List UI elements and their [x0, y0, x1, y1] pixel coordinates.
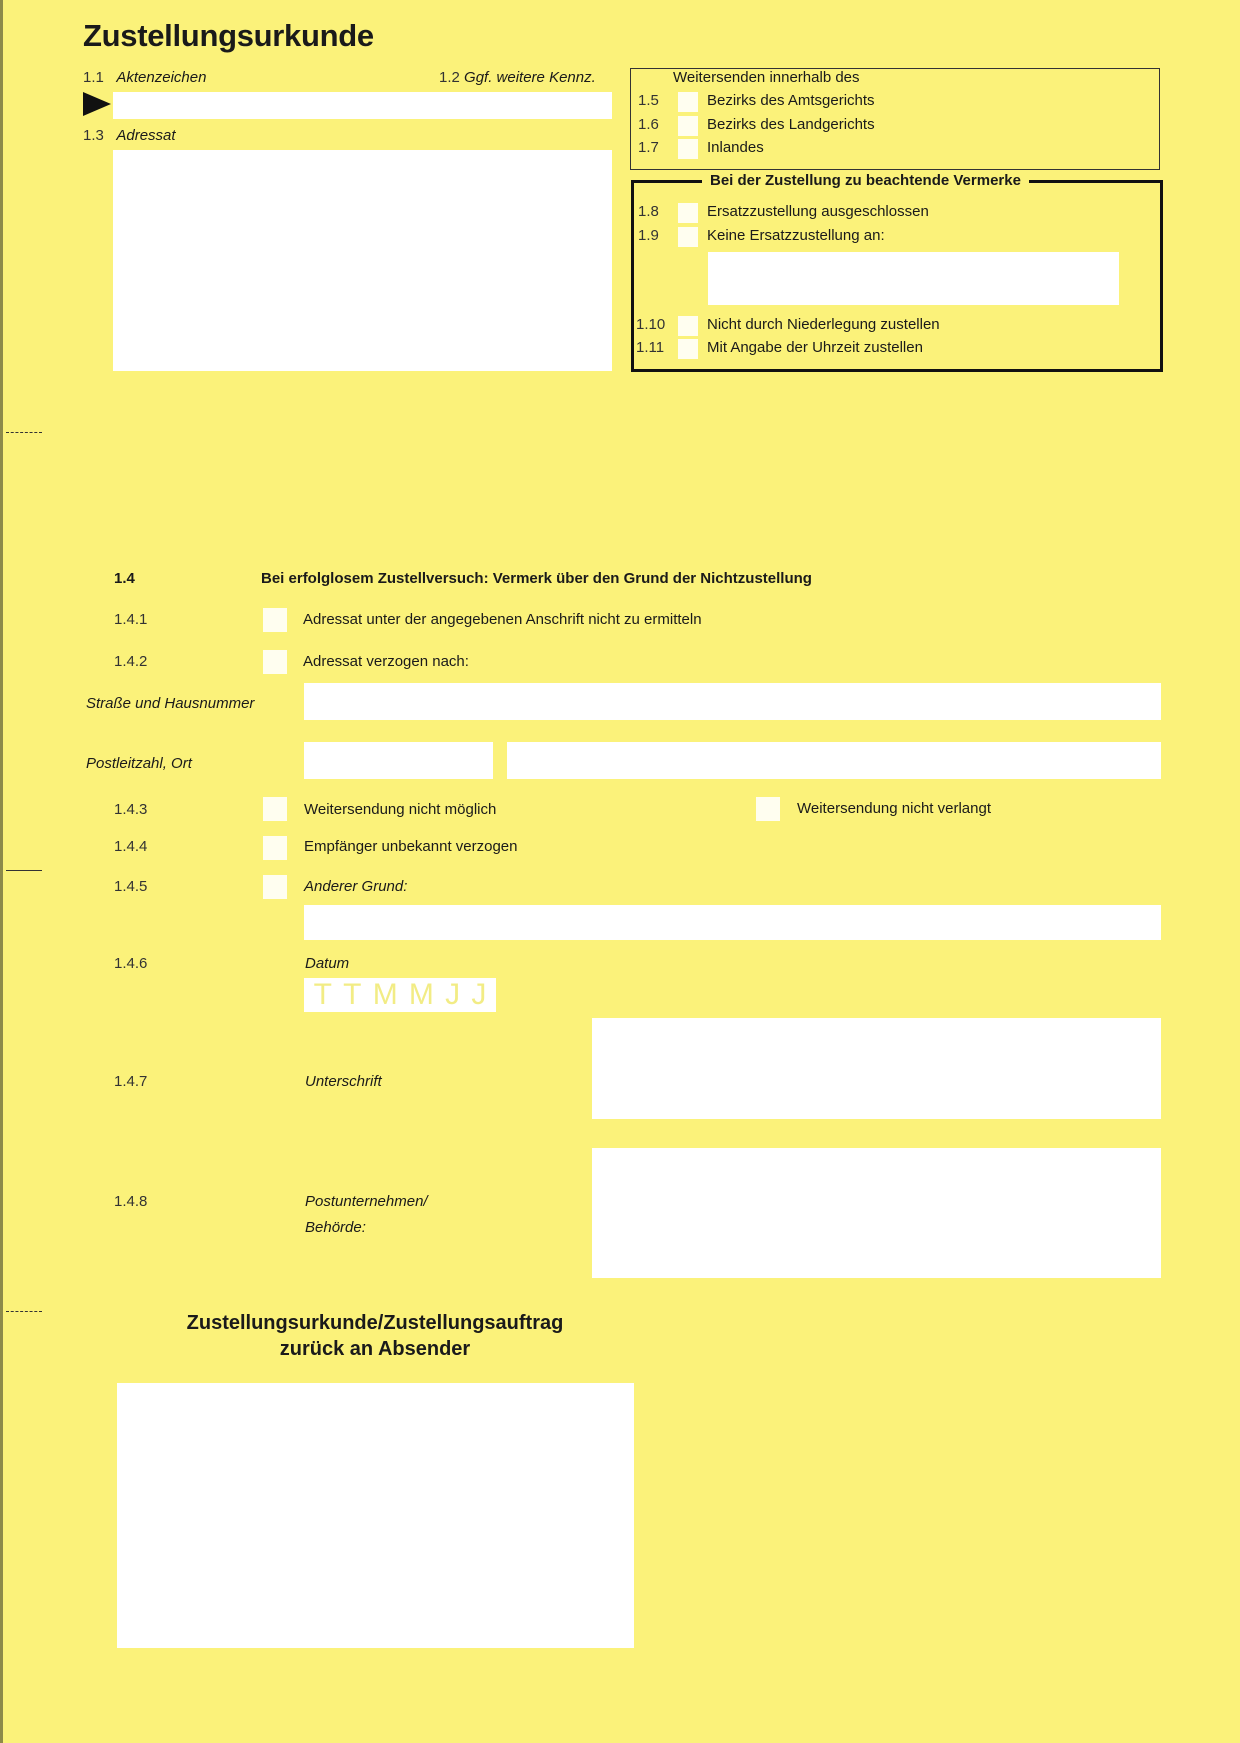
page-edge: [0, 0, 3, 1743]
field-number: 1.1: [83, 69, 104, 86]
checkbox-1-4-4[interactable]: [263, 836, 287, 860]
street-input[interactable]: [304, 683, 1161, 720]
checkbox-1-9[interactable]: [678, 227, 698, 247]
anderer-grund-input[interactable]: [304, 905, 1161, 940]
label-nicht-verlangt: Weitersendung nicht verlangt: [797, 800, 991, 817]
checkbox-1-5[interactable]: [678, 92, 698, 112]
field-number: 1.2: [439, 69, 460, 86]
label-1-8: Ersatzzustellung ausgeschlossen: [707, 203, 929, 220]
checkbox-1-6[interactable]: [678, 116, 698, 136]
aktenzeichen-input[interactable]: [113, 92, 612, 119]
right-triangle-arrow-icon: [83, 92, 111, 116]
item-number: 1.4.3: [114, 801, 147, 818]
forwarding-heading: Weitersenden innerhalb des: [673, 69, 860, 86]
item-number: 1.4.2: [114, 653, 147, 670]
label-1-5: Bezirks des Amtsgerichts: [707, 92, 875, 109]
datum-label: Datum: [305, 955, 349, 972]
date-input[interactable]: T T M M J J: [304, 978, 496, 1012]
checkbox-1-4-2[interactable]: [263, 650, 287, 674]
checkbox-1-8[interactable]: [678, 203, 698, 223]
checkbox-1-11[interactable]: [678, 339, 698, 359]
fold-mark-top: [6, 432, 42, 433]
item-number: 1.5: [638, 92, 659, 109]
label-1-9: Keine Ersatzzustellung an:: [707, 227, 885, 244]
date-placeholder-char: T: [314, 978, 332, 1012]
date-placeholder-char: M: [373, 978, 398, 1012]
field-1-1-label: 1.1 Aktenzeichen: [83, 69, 206, 86]
field-number: 1.3: [83, 127, 104, 144]
item-number: 1.4.1: [114, 611, 147, 628]
item-number: 1.7: [638, 139, 659, 156]
sender-address-input[interactable]: [117, 1383, 634, 1648]
postunternehmen-label: Postunternehmen/: [305, 1193, 428, 1210]
document-title: Zustellungsurkunde: [83, 18, 374, 54]
checkbox-nicht-verlangt[interactable]: [756, 797, 780, 821]
item-number: 1.4.7: [114, 1073, 147, 1090]
return-heading-line1: Zustellungsurkunde/Zustellungsauftrag: [130, 1310, 620, 1336]
notes-box-heading: Bei der Zustellung zu beachtende Vermerk…: [702, 172, 1029, 189]
item-number: 1.6: [638, 116, 659, 133]
checkbox-1-4-1[interactable]: [263, 608, 287, 632]
label-1-6: Bezirks des Landgerichts: [707, 116, 875, 133]
checkbox-1-4-3[interactable]: [263, 797, 287, 821]
field-1-2-label: 1.2 Ggf. weitere Kennz.: [439, 69, 596, 86]
field-1-3-label: 1.3 Adressat: [83, 127, 176, 144]
label-1-7: Inlandes: [707, 139, 764, 156]
label-1-4-1: Adressat unter der angegebenen Anschrift…: [303, 611, 702, 628]
label-1-4-5: Anderer Grund:: [304, 878, 407, 895]
date-placeholder-char: J: [471, 978, 486, 1012]
item-number: 1.9: [638, 227, 659, 244]
postal-city-label: Postleitzahl, Ort: [86, 755, 192, 772]
return-heading: Zustellungsurkunde/Zustellungsauftrag zu…: [130, 1310, 620, 1362]
aktenzeichen-label: Aktenzeichen: [116, 69, 206, 86]
postunternehmen-input[interactable]: [592, 1148, 1161, 1278]
date-placeholder-char: J: [445, 978, 460, 1012]
item-number: 1.4.6: [114, 955, 147, 972]
checkbox-1-7[interactable]: [678, 139, 698, 159]
item-number: 1.4.4: [114, 838, 147, 855]
signature-input[interactable]: [592, 1018, 1161, 1119]
fold-mark-bottom: [6, 1311, 42, 1312]
item-number: 1.4.8: [114, 1193, 147, 1210]
checkbox-1-4-5[interactable]: [263, 875, 287, 899]
weitere-kennz-label: Ggf. weitere Kennz.: [464, 69, 596, 86]
section-number: 1.4: [114, 570, 135, 587]
label-1-11: Mit Angabe der Uhrzeit zustellen: [707, 339, 923, 356]
item-number: 1.11: [636, 339, 664, 356]
item-number: 1.4.5: [114, 878, 147, 895]
item-number: 1.8: [638, 203, 659, 220]
checkbox-1-10[interactable]: [678, 316, 698, 336]
unterschrift-label: Unterschrift: [305, 1073, 382, 1090]
behoerde-label: Behörde:: [305, 1219, 366, 1236]
street-label: Straße und Hausnummer: [86, 695, 254, 712]
date-placeholder-char: T: [343, 978, 361, 1012]
label-1-4-3: Weitersendung nicht möglich: [304, 801, 496, 818]
label-1-10: Nicht durch Niederlegung zustellen: [707, 316, 940, 333]
adressat-label: Adressat: [116, 127, 175, 144]
return-heading-line2: zurück an Absender: [130, 1336, 620, 1362]
punch-mark: [6, 870, 42, 871]
keine-ersatzzustellung-input[interactable]: [708, 252, 1119, 305]
date-placeholder-char: M: [409, 978, 434, 1012]
adressat-input[interactable]: [113, 150, 612, 371]
city-input[interactable]: [507, 742, 1161, 779]
failed-delivery-heading: Bei erfolglosem Zustellversuch: Vermerk …: [261, 570, 812, 587]
label-1-4-2: Adressat verzogen nach:: [303, 653, 469, 670]
item-number: 1.10: [636, 316, 665, 333]
postal-code-input[interactable]: [304, 742, 493, 779]
label-1-4-4: Empfänger unbekannt verzogen: [304, 838, 517, 855]
